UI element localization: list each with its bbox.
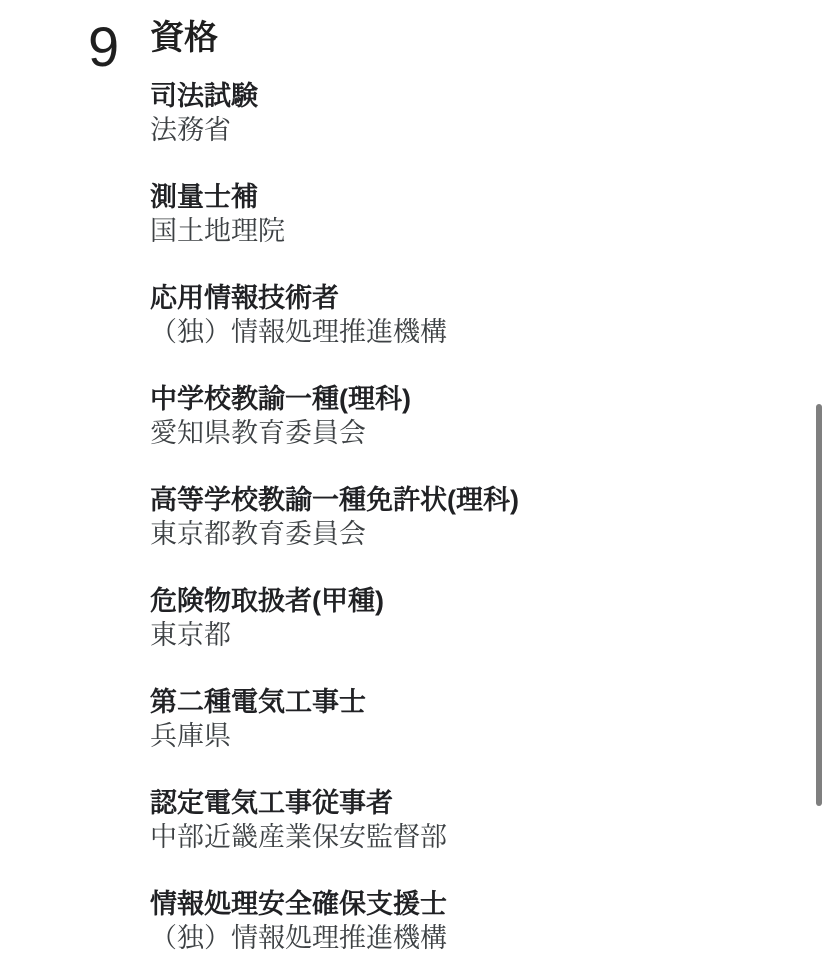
qualification-name: 高等学校教諭一種免許状(理科) [150, 483, 788, 517]
issuing-organization: 東京都教育委員会 [150, 517, 788, 551]
issuing-organization: 兵庫県 [150, 719, 788, 753]
qualification-entry: 認定電気工事従事者 中部近畿産業保安監督部 [150, 786, 788, 854]
qualification-entry: 危険物取扱者(甲種) 東京都 [150, 584, 788, 652]
qualification-list: 司法試験 法務省 測量士補 国土地理院 応用情報技術者 （独）情報処理推進機構 … [150, 79, 788, 955]
issuing-organization: （独）情報処理推進機構 [150, 921, 788, 955]
scrollbar-thumb[interactable] [816, 404, 822, 806]
issuing-organization: （独）情報処理推進機構 [150, 315, 788, 349]
qualifications-section: 9 資格 司法試験 法務省 測量士補 国土地理院 応用情報技術者 （独）情報処理… [0, 0, 828, 955]
issuing-organization: 東京都 [150, 618, 788, 652]
qualification-entry: 司法試験 法務省 [150, 79, 788, 147]
section-title: 資格 [150, 18, 788, 58]
issuing-organization: 愛知県教育委員会 [150, 416, 788, 450]
qualification-name: 第二種電気工事士 [150, 685, 788, 719]
qualification-name: 情報処理安全確保支援士 [150, 887, 788, 921]
section-number-column: 9 [88, 18, 150, 75]
qualification-name: 危険物取扱者(甲種) [150, 584, 788, 618]
issuing-organization: 法務省 [150, 113, 788, 147]
qualification-name: 認定電気工事従事者 [150, 786, 788, 820]
section-number: 9 [88, 19, 117, 75]
qualification-entry: 情報処理安全確保支援士 （独）情報処理推進機構 [150, 887, 788, 955]
qualification-entry: 応用情報技術者 （独）情報処理推進機構 [150, 281, 788, 349]
issuing-organization: 国土地理院 [150, 214, 788, 248]
qualification-name: 司法試験 [150, 79, 788, 113]
qualification-name: 測量士補 [150, 180, 788, 214]
qualification-entry: 高等学校教諭一種免許状(理科) 東京都教育委員会 [150, 483, 788, 551]
section-content: 資格 司法試験 法務省 測量士補 国土地理院 応用情報技術者 （独）情報処理推進… [150, 18, 788, 955]
qualification-name: 応用情報技術者 [150, 281, 788, 315]
qualification-name: 中学校教諭一種(理科) [150, 382, 788, 416]
issuing-organization: 中部近畿産業保安監督部 [150, 820, 788, 854]
qualification-entry: 中学校教諭一種(理科) 愛知県教育委員会 [150, 382, 788, 450]
qualification-entry: 測量士補 国土地理院 [150, 180, 788, 248]
document-page: 9 資格 司法試験 法務省 測量士補 国土地理院 応用情報技術者 （独）情報処理… [0, 0, 828, 979]
qualification-entry: 第二種電気工事士 兵庫県 [150, 685, 788, 753]
